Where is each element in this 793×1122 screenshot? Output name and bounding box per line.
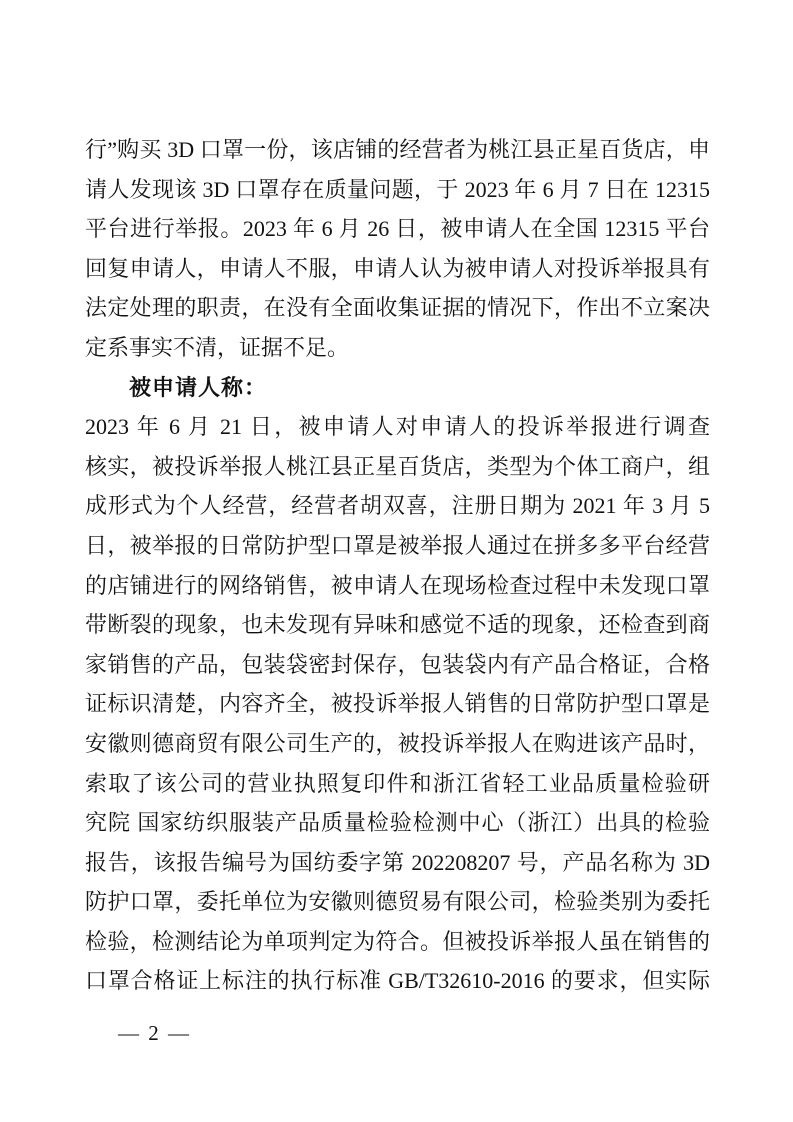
text-line: 法定处理的职责，在没有全面收集证据的情况下，作出不立案决 bbox=[85, 288, 710, 328]
text-line: 成形式为个人经营，经营者胡双喜，注册日期为 2021 年 3 月 5 bbox=[85, 486, 710, 526]
text-line: 请人发现该 3D 口罩存在质量问题，于 2023 年 6 月 7 日在 1231… bbox=[85, 170, 710, 210]
page-number: — 2 — bbox=[118, 1013, 191, 1053]
text-line: 检验，检测结论为单项判定为符合。但被投诉举报人虽在销售的 bbox=[85, 922, 710, 962]
text-line: 行”购买 3D 口罩一份，该店铺的经营者为桃江县正星百货店，申 bbox=[85, 130, 710, 170]
document-body: 行”购买 3D 口罩一份，该店铺的经营者为桃江县正星百货店，申请人发现该 3D … bbox=[85, 130, 710, 1001]
text-line: 的店铺进行的网络销售，被申请人在现场检查过程中未发现口罩 bbox=[85, 566, 710, 606]
text-line: 回复申请人，申请人不服，申请人认为被申请人对投诉举报具有 bbox=[85, 249, 710, 289]
text-line: 家销售的产品，包装袋密封保存，包装袋内有产品合格证，合格 bbox=[85, 645, 710, 685]
paragraph-respondent-statement: 2023 年 6 月 21 日，被申请人对申请人的投诉举报进行调查核实，被投诉举… bbox=[85, 407, 710, 1001]
text-line: 报告，该报告编号为国纺委字第 202208207 号，产品名称为 3D bbox=[85, 843, 710, 883]
text-line: 究院 国家纺织服装产品质量检验检测中心（浙江）出具的检验 bbox=[85, 803, 710, 843]
text-line: 证标识清楚，内容齐全，被投诉举报人销售的日常防护型口罩是 bbox=[85, 684, 710, 724]
paragraph-continuation: 行”购买 3D 口罩一份，该店铺的经营者为桃江县正星百货店，申请人发现该 3D … bbox=[85, 130, 710, 368]
heading-line: 被申请人称： bbox=[85, 368, 710, 408]
section-heading-respondent-statement: 被申请人称： bbox=[85, 368, 710, 408]
text-line: 防护口罩，委托单位为安徽则德贸易有限公司，检验类别为委托 bbox=[85, 882, 710, 922]
text-line: 带断裂的现象，也未发现有异味和感觉不适的现象，还检查到商 bbox=[85, 605, 710, 645]
text-line: 索取了该公司的营业执照复印件和浙江省轻工业品质量检验研 bbox=[85, 764, 710, 804]
text-line: 口罩合格证上标注的执行标准 GB/T32610-2016 的要求，但实际 bbox=[85, 961, 710, 1001]
text-line: 2023 年 6 月 21 日，被申请人对申请人的投诉举报进行调查 bbox=[85, 407, 710, 447]
text-line: 安徽则德商贸有限公司生产的，被投诉举报人在购进该产品时， bbox=[85, 724, 710, 764]
document-page: 行”购买 3D 口罩一份，该店铺的经营者为桃江县正星百货店，申请人发现该 3D … bbox=[0, 0, 793, 1122]
text-line: 核实，被投诉举报人桃江县正星百货店，类型为个体工商户，组 bbox=[85, 447, 710, 487]
text-line: 定系事实不清，证据不足。 bbox=[85, 328, 710, 368]
text-line: 日，被举报的日常防护型口罩是被举报人通过在拼多多平台经营 bbox=[85, 526, 710, 566]
text-line: 平台进行举报。2023 年 6 月 26 日，被申请人在全国 12315 平台 bbox=[85, 209, 710, 249]
